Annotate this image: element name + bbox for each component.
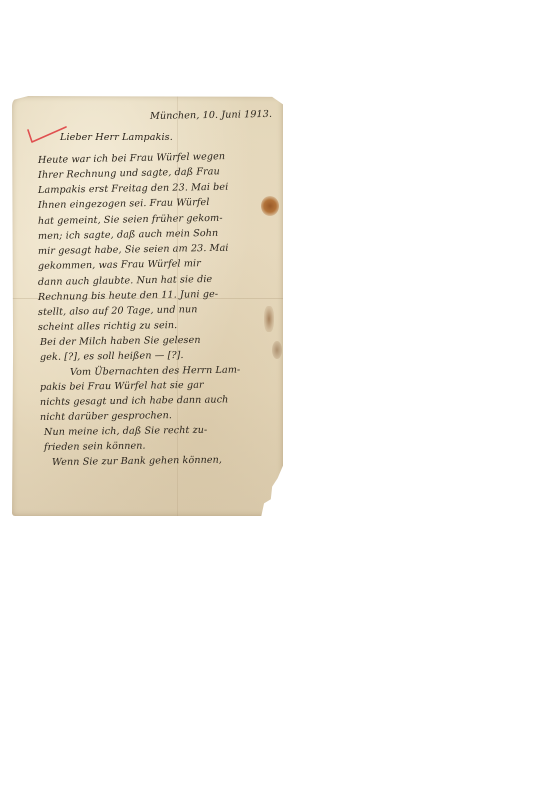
body-line: Rechnung bis heute den 11. Juni ge- (38, 289, 218, 303)
body-line: Nun meine ich, daß Sie recht zu- (44, 425, 207, 438)
body-line: gek. [?], es soll heißen — [?]. (40, 350, 184, 363)
body-line: gekommen, was Frau Würfel mir (38, 258, 201, 272)
body-line: Vom Übernachten des Herrn Lam- (70, 365, 240, 378)
body-line: Ihrer Rechnung und sagte, daß Frau (38, 166, 220, 181)
body-line: hat gemeint, Sie seien früher gekom- (38, 213, 223, 227)
body-line: Ihnen eingezogen sei. Frau Würfel (38, 197, 210, 211)
body-line: pakis bei Frau Würfel hat sie gar (40, 380, 204, 393)
body-line: Bei der Milch haben Sie gelesen (40, 335, 201, 348)
body-line: Heute war ich bei Frau Würfel wegen (38, 151, 225, 166)
salutation: Lieber Herr Lampakis. (60, 132, 173, 143)
body-line: mir gesagt habe, Sie seien am 23. Mai (38, 243, 229, 257)
body-line: nicht darüber gesprochen. (40, 410, 172, 423)
body-line: Wenn Sie zur Bank gehen können, (52, 455, 222, 468)
body-line: dann auch glaubte. Nun hat sie die (38, 274, 212, 288)
body-line: men; ich sagte, daß auch mein Sohn (38, 228, 218, 242)
body-line: frieden sein können. (44, 441, 146, 453)
dateline: München, 10. Juni 1913. (150, 109, 272, 122)
body-line: scheint alles richtig zu sein. (38, 320, 177, 333)
body-line: nichts gesagt und ich habe dann auch (40, 394, 229, 408)
body-line: stellt, also auf 20 Tage, und nun (38, 304, 198, 318)
letter-text: München, 10. Juni 1913. Lieber Herr Lamp… (12, 96, 283, 516)
body-line: Lampakis erst Freitag den 23. Mai bei (38, 182, 229, 196)
letter-page: München, 10. Juni 1913. Lieber Herr Lamp… (12, 96, 283, 516)
